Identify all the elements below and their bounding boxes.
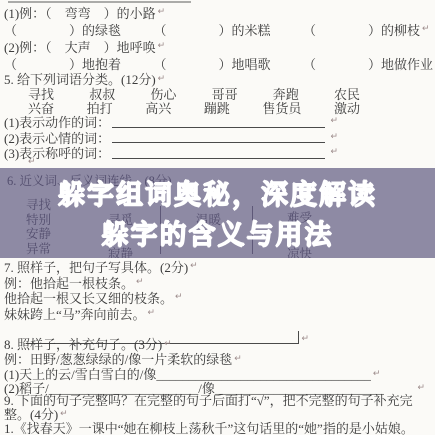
q9-item-1: 1.《找春天》一课中“她在柳枝上荡秋千”这句话里的“她”指的是小姑娘。 bbox=[4, 422, 433, 435]
word-item: 农民 bbox=[334, 88, 360, 102]
banner-title-line-2: 躲字的含义与用法 bbox=[0, 213, 435, 252]
q4-fill-row-2: （ ）地抱着 （ ）地唱歌 （ ）地做作业↵ bbox=[4, 56, 433, 73]
return-mark-icon: ↵ bbox=[158, 3, 166, 20]
word-item: 寻找 bbox=[28, 88, 54, 102]
return-mark-icon: ↵ bbox=[330, 113, 338, 129]
q5-word-list-row-1: 寻找 叔叔 伤心 哥哥 奔跑 农民 bbox=[28, 88, 360, 102]
q5-answer-blank-3: (3)表示称呼的词：↵ bbox=[4, 146, 338, 162]
return-mark-icon: ↵ bbox=[60, 406, 68, 420]
q4-example-2: (2)例：（ 大声 ）地呼唤↵ bbox=[4, 39, 433, 56]
return-mark-icon: ↵ bbox=[422, 20, 430, 37]
question-9-section: 9. 下面的句子完整吗？在完整的句子后面打“√”，把不完整的句子补充完 整。(4… bbox=[4, 394, 433, 435]
q4-example-1: (1)例：（ 弯弯 ）的小路↵ bbox=[4, 5, 433, 22]
return-mark-icon: ↵ bbox=[158, 37, 166, 54]
q7-example-answer: 他拾起一根又长又细的枝条。↵ bbox=[4, 291, 433, 307]
return-mark-icon: ↵ bbox=[164, 336, 172, 351]
return-mark-icon: ↵ bbox=[148, 305, 156, 321]
question-7-title: 7. 照样子，把句子写具体。(2分)↵ bbox=[4, 260, 433, 276]
return-mark-icon: ↵ bbox=[190, 258, 198, 274]
answer-underline bbox=[112, 142, 325, 143]
word-item: 售货员 bbox=[262, 102, 301, 116]
q7-example: 例：他拾起一根枝条。↵ bbox=[4, 276, 433, 292]
word-item: 叔叔 bbox=[89, 88, 115, 102]
question-8-section: 8. 照样子，补充句子。(3分)↵ 例：田野/葱葱绿绿的/像一片柔软的绿毯↵ (… bbox=[4, 338, 433, 397]
return-mark-icon: ↵ bbox=[234, 351, 242, 366]
return-mark-icon: ↵ bbox=[175, 289, 183, 305]
question-8-title: 8. 照样子，补充句子。(3分)↵ bbox=[4, 338, 433, 353]
word-item: 兴奋 bbox=[28, 102, 54, 116]
return-mark-icon: ↵ bbox=[330, 144, 338, 160]
question-7-section: 7. 照样子，把句子写具体。(2分)↵ 例：他拾起一根枝条。↵ 他拾起一根又长又… bbox=[4, 260, 433, 344]
answer-underline bbox=[112, 127, 325, 128]
question-5-title: 5. 给下列词语分类。(12分)↵ bbox=[4, 72, 433, 88]
question-5-section: 5. 给下列词语分类。(12分)↵ 寻找 叔叔 伤心 哥哥 奔跑 农民 兴奋 拍… bbox=[4, 72, 433, 162]
return-mark-icon: ↵ bbox=[158, 70, 166, 86]
q5-word-list-row-2: 兴奋 拍打 高兴 蹦跳 售货员 激动 bbox=[28, 102, 360, 116]
return-mark-icon: ↵ bbox=[28, 156, 36, 167]
title-banner-overlay: 6. 近义词、反义词连线。(8分) 寻找 特别 安静 异常 寻觅 寂静 温暖 难… bbox=[0, 168, 435, 258]
banner-title-line-1: 躲字组词奥秘，深度解读 bbox=[0, 173, 435, 212]
question-9-title-line-2: 整。(4分)↵ bbox=[4, 408, 433, 422]
q5-answer-blank-1: (1)表示动作的词：↵ bbox=[4, 115, 338, 131]
question-4-section: (1)例：（ 弯弯 ）的小路↵ （ ）的绿毯 （ ）的米糕 （ ）的柳枝↵ (2… bbox=[4, 5, 433, 73]
word-item: 哥哥 bbox=[212, 88, 238, 102]
word-item: 拍打 bbox=[87, 102, 113, 116]
q7-sentence: 妹妹跨上“马”奔向前去。↵ bbox=[4, 307, 433, 323]
question-9-title-line-1: 9. 下面的句子完整吗？在完整的句子后面打“√”，把不完整的句子补充完 bbox=[4, 394, 433, 408]
return-mark-icon: ↵ bbox=[136, 274, 144, 290]
return-mark-icon: ↵ bbox=[417, 380, 425, 395]
answer-underline bbox=[112, 158, 325, 159]
return-mark-icon: ↵ bbox=[373, 366, 381, 381]
word-item: 奔跑 bbox=[273, 88, 299, 102]
return-mark-icon: ↵ bbox=[330, 129, 338, 145]
worksheet-page: (1)例：（ 弯弯 ）的小路↵ （ ）的绿毯 （ ）的米糕 （ ）的柳枝↵ (2… bbox=[0, 0, 435, 435]
q4-fill-row-1: （ ）的绿毯 （ ）的米糕 （ ）的柳枝↵ bbox=[4, 22, 433, 39]
q5-answer-blank-2: (2)表示心情的词：↵ bbox=[4, 131, 338, 147]
word-item: 伤心 bbox=[150, 88, 176, 102]
word-item: 高兴 bbox=[145, 102, 171, 116]
word-item: 蹦跳 bbox=[204, 102, 230, 116]
q8-item-1: (1)天上的云/雪白雪白的/像_________________________… bbox=[4, 368, 433, 383]
q8-example: 例：田野/葱葱绿绿的/像一片柔软的绿毯↵ bbox=[4, 353, 433, 368]
